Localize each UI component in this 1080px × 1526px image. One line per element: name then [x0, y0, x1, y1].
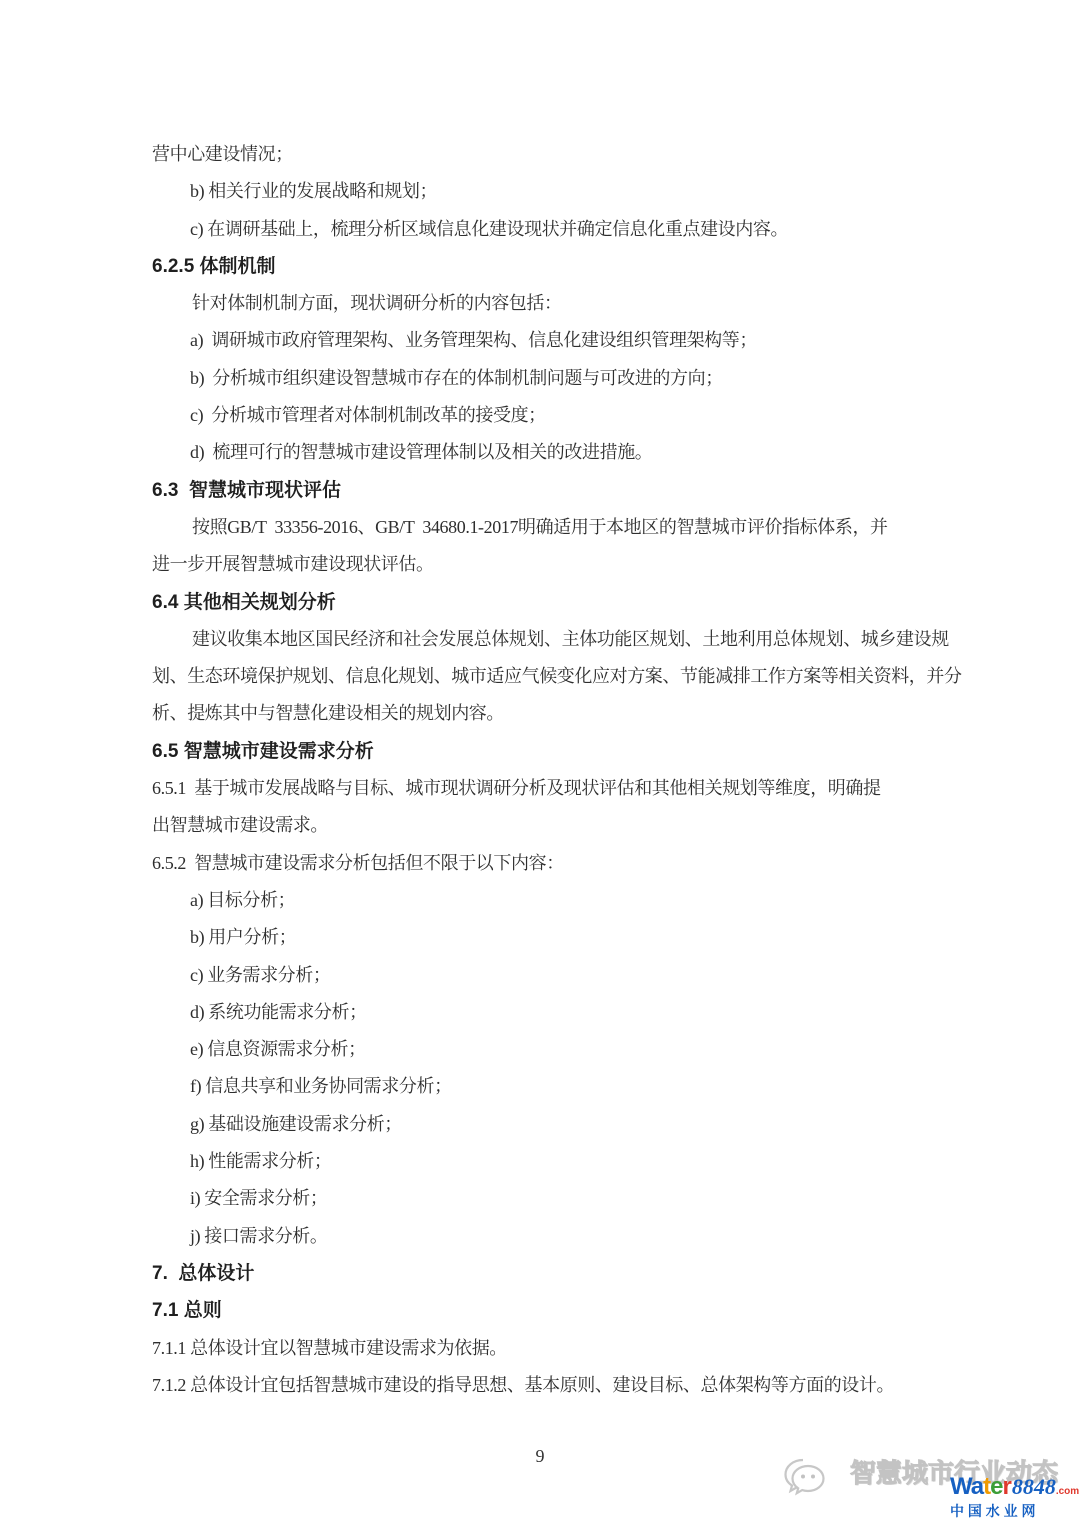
- wechat-icon: [782, 1456, 844, 1506]
- list-item: b) 相关行业的发展战略和规划；: [152, 173, 964, 210]
- list-item: c) 在调研基础上，梳理分析区域信息化建设现状并确定信息化重点建设内容。: [152, 211, 964, 248]
- list-item: h) 性能需求分析；: [152, 1143, 964, 1180]
- clause-line: 7.1.1 总体设计宜以智慧城市建设需求为依据。: [152, 1330, 964, 1367]
- doc-line: 进一步开展智慧城市建设现状评估。: [152, 546, 964, 583]
- doc-line: 划、生态环境保护规划、信息化规划、城市适应气候变化应对方案、节能减排工作方案等相…: [152, 658, 964, 695]
- logo-letter: r: [1002, 1473, 1010, 1500]
- list-item: c) 分析城市管理者对体制机制改革的接受度；: [152, 397, 964, 434]
- doc-line: 针对体制机制方面，现状调研分析的内容包括：: [152, 285, 964, 322]
- clause-line: 7.1.2 总体设计宜包括智慧城市建设的指导思想、基本原则、建设目标、总体架构等…: [152, 1367, 964, 1404]
- logo-tld: .com: [1056, 1486, 1079, 1497]
- section-heading: 6.5 智慧城市建设需求分析: [152, 733, 964, 770]
- clause-line: 6.5.1 基于城市发展战略与目标、城市现状调研分析及现状评估和其他相关规划等维…: [152, 770, 964, 807]
- section-heading: 6.4 其他相关规划分析: [152, 584, 964, 621]
- section-heading: 6.3 智慧城市现状评估: [152, 472, 964, 509]
- doc-line: 营中心建设情况；: [152, 136, 964, 173]
- doc-line: 按照GB/T 33356-2016、GB/T 34680.1-2017明确适用于…: [152, 509, 964, 546]
- list-item: b) 分析城市组织建设智慧城市存在的体制机制问题与可改进的方向；: [152, 360, 964, 397]
- section-heading: 7.1 总则: [152, 1292, 964, 1329]
- list-item: d) 系统功能需求分析；: [152, 994, 964, 1031]
- logo-letter: e: [990, 1473, 1002, 1500]
- document-page: 营中心建设情况； b) 相关行业的发展战略和规划； c) 在调研基础上，梳理分析…: [0, 0, 1080, 1526]
- list-item: i) 安全需求分析；: [152, 1180, 964, 1217]
- water8848-logo: Water8848.com 中 国 水 业 网: [950, 1466, 1078, 1522]
- logo-number: 8848: [1012, 1474, 1056, 1499]
- water8848-wordmark: Water8848.com: [950, 1474, 1079, 1500]
- list-item: e) 信息资源需求分析；: [152, 1031, 964, 1068]
- list-item: a) 目标分析；: [152, 882, 964, 919]
- logo-letter: a: [971, 1473, 983, 1500]
- logo-letter: W: [950, 1473, 971, 1500]
- list-item: d) 梳理可行的智慧城市建设管理体制以及相关的改进措施。: [152, 434, 964, 471]
- doc-line: 建议收集本地区国民经济和社会发展总体规划、主体功能区规划、土地利用总体规划、城乡…: [152, 621, 964, 658]
- logo-subtitle: 中 国 水 业 网: [950, 1502, 1078, 1520]
- doc-line: 析、提炼其中与智慧化建设相关的规划内容。: [152, 695, 964, 732]
- list-item: f) 信息共享和业务协同需求分析；: [152, 1068, 964, 1105]
- section-heading: 6.2.5 体制机制: [152, 248, 964, 285]
- document-body: 营中心建设情况； b) 相关行业的发展战略和规划； c) 在调研基础上，梳理分析…: [152, 136, 964, 1404]
- list-item: c) 业务需求分析；: [152, 957, 964, 994]
- section-heading: 7. 总体设计: [152, 1255, 964, 1292]
- list-item: b) 用户分析；: [152, 919, 964, 956]
- clause-line: 6.5.2 智慧城市建设需求分析包括但不限于以下内容：: [152, 845, 964, 882]
- list-item: a) 调研城市政府管理架构、业务管理架构、信息化建设组织管理架构等；: [152, 322, 964, 359]
- list-item: g) 基础设施建设需求分析；: [152, 1106, 964, 1143]
- list-item: j) 接口需求分析。: [152, 1218, 964, 1255]
- doc-line: 出智慧城市建设需求。: [152, 807, 964, 844]
